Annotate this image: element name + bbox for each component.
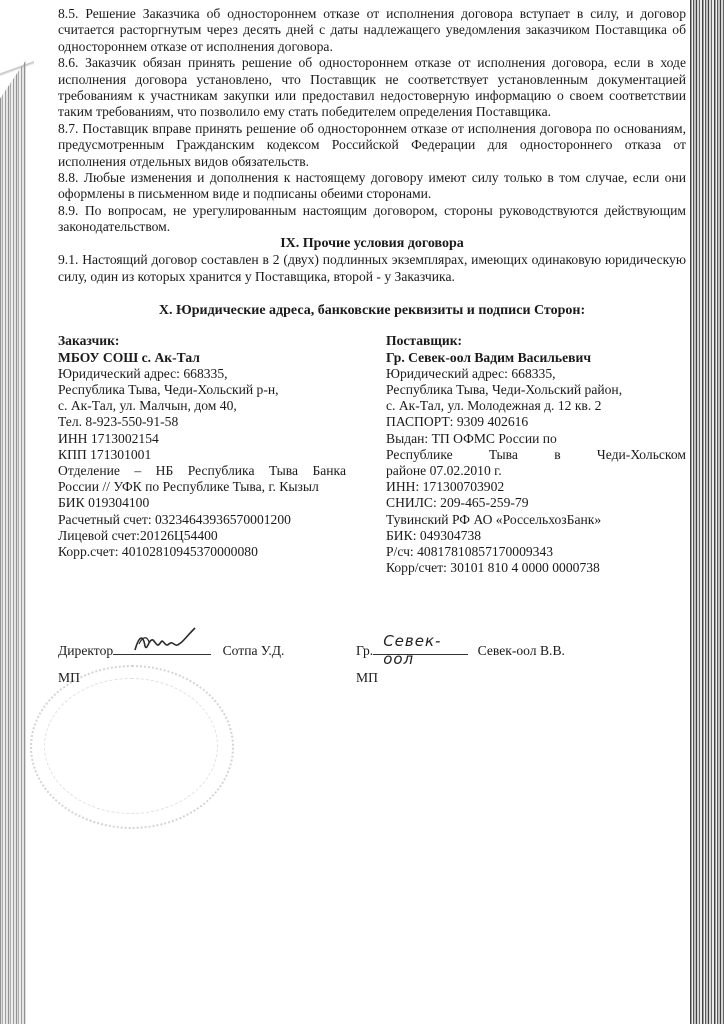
- section-9-title: IX. Прочие условия договора: [58, 236, 686, 252]
- contract-page: 8.5. Решение Заказчика об одностороннем …: [58, 6, 686, 576]
- customer-line: Республика Тыва, Чеди-Хольский р-н,: [58, 382, 346, 398]
- supplier-line: Корр/счет: 30101 810 4 0000 0000738: [386, 560, 686, 576]
- customer-signature-block: Директор Сотпа У.Д. МП: [58, 640, 284, 659]
- supplier-line: Р/сч: 40817810857170009343: [386, 544, 686, 560]
- customer-line: Юридический адрес: 668335,: [58, 366, 346, 382]
- section-10-title: X. Юридические адреса, банковские реквиз…: [58, 303, 686, 319]
- supplier-signature-line: Севек-оол: [373, 640, 468, 655]
- customer-stamp-label: МП: [58, 670, 80, 686]
- customer-line: ИНН 1713002154: [58, 431, 346, 447]
- customer-line: БИК 019304100: [58, 495, 346, 511]
- supplier-line: ПАСПОРТ: 9309 402616: [386, 414, 686, 430]
- customer-line: Лицевой счет:20126Ц54400: [58, 528, 346, 544]
- supplier-line: с. Ак-Тал, ул. Молодежная д. 12 кв. 2: [386, 398, 686, 414]
- customer-heading: Заказчик:: [58, 333, 346, 349]
- signature-scribble-icon: [129, 626, 209, 656]
- supplier-line: Тувинский РФ АО «РоссельхозБанк»: [386, 512, 686, 528]
- supplier-details: Поставщик: Гр. Севек-оол Вадим Васильеви…: [386, 333, 686, 576]
- clause-8-9: 8.9. По вопросам, не урегулированным нас…: [58, 203, 686, 236]
- supplier-signatory-name: Севек-оол В.В.: [478, 643, 565, 658]
- supplier-signatory-role: Гр.: [356, 643, 373, 658]
- clause-8-5: 8.5. Решение Заказчика об одностороннем …: [58, 6, 686, 55]
- supplier-line: Юридический адрес: 668335,: [386, 366, 686, 382]
- customer-bank-line: России // УФК по Республике Тыва, г. Кыз…: [58, 479, 346, 495]
- supplier-line: БИК: 049304738: [386, 528, 686, 544]
- customer-line: Корр.счет: 40102810945370000080: [58, 544, 346, 560]
- scan-artifact-corner: [0, 0, 34, 120]
- customer-signatory-role: Директор: [58, 643, 113, 658]
- signature-row: Директор Сотпа У.Д. МП Гр. Севек-оол Сев…: [58, 640, 686, 700]
- clause-8-6: 8.6. Заказчик обязан принять решение об …: [58, 55, 686, 121]
- clause-8-7: 8.7. Поставщик вправе принять решение об…: [58, 121, 686, 170]
- customer-line: с. Ак-Тал, ул. Малчын, дом 40,: [58, 398, 346, 414]
- party-details: Заказчик: МБОУ СОШ с. Ак-Тал Юридический…: [58, 333, 686, 576]
- clause-9-1: 9.1. Настоящий договор составлен в 2 (дв…: [58, 252, 686, 285]
- supplier-line: Выдан: ТП ОФМС России по: [386, 431, 686, 447]
- supplier-line: ИНН: 171300703902: [386, 479, 686, 495]
- customer-details: Заказчик: МБОУ СОШ с. Ак-Тал Юридический…: [58, 333, 346, 576]
- customer-line: КПП 171301001: [58, 447, 346, 463]
- supplier-signature-block: Гр. Севек-оол Севек-оол В.В. МП: [356, 640, 565, 659]
- customer-name: МБОУ СОШ с. Ак-Тал: [58, 350, 346, 366]
- customer-line: Тел. 8-923-550-91-58: [58, 414, 346, 430]
- scan-artifact-left: [0, 60, 26, 1024]
- scan-artifact-right: [690, 0, 724, 1024]
- customer-signature-line: [113, 640, 211, 655]
- customer-line: Расчетный счет: 03234643936570001200: [58, 512, 346, 528]
- supplier-handwritten-signature: Севек-оол: [383, 632, 468, 668]
- customer-signatory-name: Сотпа У.Д.: [223, 643, 285, 658]
- supplier-issued-line: Республике Тыва в Чеди-Хольском: [386, 447, 686, 463]
- customer-bank-line: Отделение – НБ Республика Тыва Банка: [58, 463, 346, 479]
- supplier-heading: Поставщик:: [386, 333, 686, 349]
- supplier-stamp-label: МП: [356, 670, 378, 686]
- supplier-line: районе 07.02.2010 г.: [386, 463, 686, 479]
- clause-8-8: 8.8. Любые изменения и дополнения к наст…: [58, 170, 686, 203]
- supplier-line: Республика Тыва, Чеди-Хольский район,: [386, 382, 686, 398]
- supplier-name: Гр. Севек-оол Вадим Васильевич: [386, 350, 686, 366]
- supplier-line: СНИЛС: 209-465-259-79: [386, 495, 686, 511]
